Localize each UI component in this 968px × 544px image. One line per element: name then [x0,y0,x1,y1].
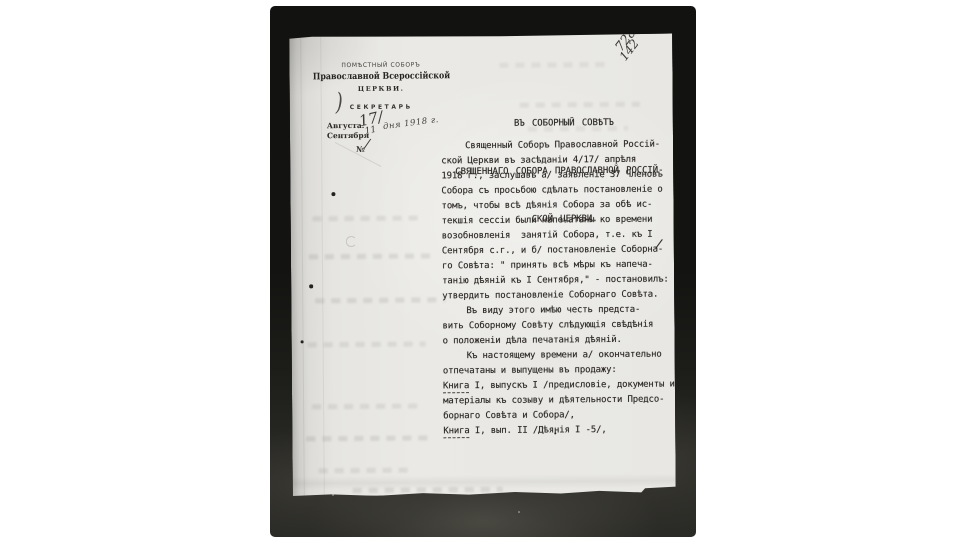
ink-speck [331,192,335,196]
bleedthrough-smudge [315,297,445,303]
handwritten-bracket: ) [336,88,343,116]
body-text: Священный Соборъ Православной Россій- ск… [441,137,675,439]
bleedthrough-smudge [499,62,609,68]
body-line: вить Соборному Совѣту слѣдующія свѣдѣнія [442,317,674,334]
bleedthrough-smudge [319,468,415,474]
letterhead: ПОМѢСТНЫЙ СОБОРЪ Православной Всероссійс… [303,61,458,111]
body-line: Къ настоящему времени а/ окончательно [443,347,675,364]
body-line-rest: I, вып. II /Дѣянія I -5/, [470,425,607,436]
body-line: Священный Соборъ Православной Россій- [441,137,673,154]
letterhead-org-line3: ЦЕРКВИ. [304,84,459,93]
scanned-page: ПОМѢСТНЫЙ СОБОРЪ Православной Всероссійс… [0,0,968,544]
corner-inventory-numbers: 728 142 [615,28,644,59]
bleedthrough-smudge [309,253,434,259]
bleedthrough-smudge [313,216,418,222]
dust-speck [518,511,520,513]
bleedthrough-smudge [312,403,420,409]
bleedthrough-smudge [306,435,434,441]
letterhead-org-line1: ПОМѢСТНЫЙ СОБОРЪ [303,61,458,69]
photo-black-mount: ПОМѢСТНЫЙ СОБОРЪ Православной Всероссійс… [270,6,696,537]
ink-speck [309,284,313,288]
heading-line-1: ВЪ СОБОРНЫЙ СОВѢТЪ [455,115,673,133]
body-line: Книга I, вып. II /Дѣянія I -5/, [443,422,675,439]
handwritten-number-mark: / [364,137,370,152]
document-page: ПОМѢСТНЫЙ СОБОРЪ Православной Всероссійс… [289,34,676,497]
body-line-rest: I, выпускъ I /предисловіе, документы и [469,379,675,391]
month-new-style: Сентября [327,130,369,140]
bleedthrough-smudge [353,487,503,493]
letterhead-org-line2: Православной Всероссійской [313,71,449,82]
underlined-book-word: Книга [443,381,469,393]
bleedthrough-smudge [308,341,426,347]
ink-speck [301,340,304,343]
handwritten-date-suffix: дня 1918 г. [382,115,439,132]
handwritten-day-alt: 11 [364,125,377,137]
paper-mark [346,236,357,247]
underlined-book-word: Книга [443,426,469,438]
body-line: матеріалы къ созыву и дѣятельности Предс… [443,392,675,409]
